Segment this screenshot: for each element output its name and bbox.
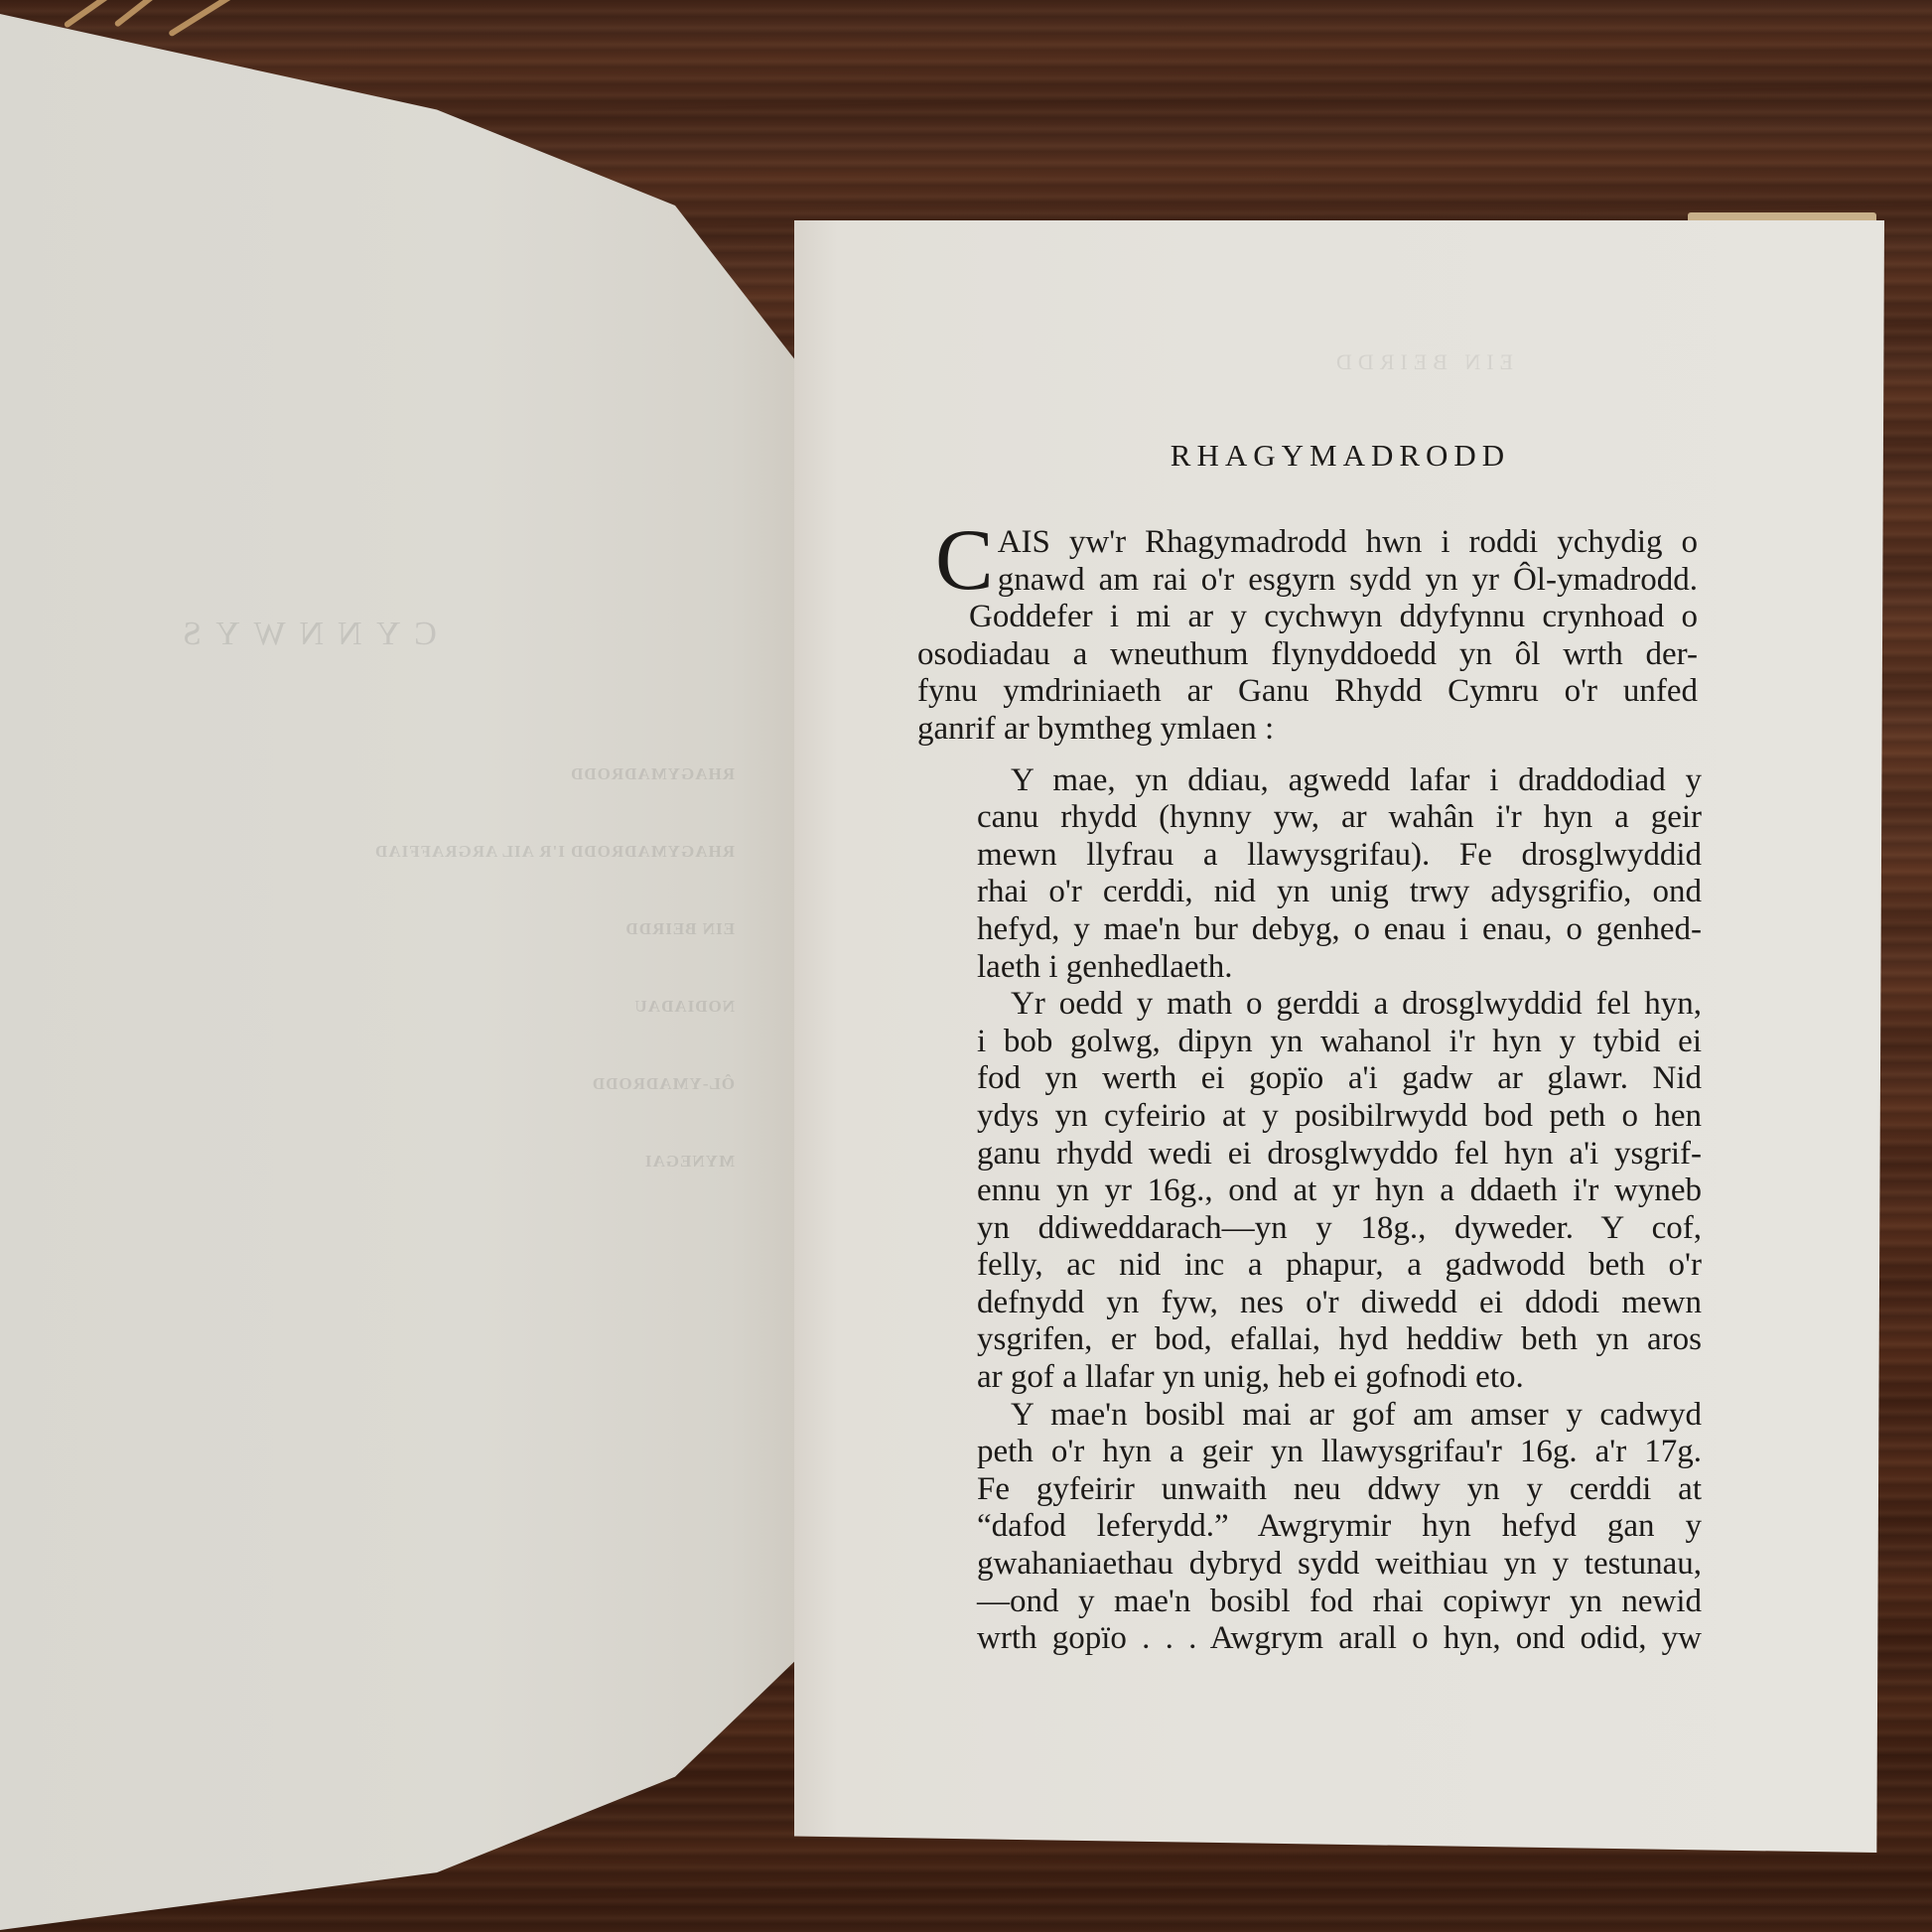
text-line: i bob golwg, dipyn yn wahanol i'r hyn y …	[977, 1024, 1702, 1061]
show-through-item: MYNEGAI	[89, 1152, 735, 1229]
text-line: laeth i genhedlaeth.	[977, 949, 1702, 987]
show-through-heading: CYNNWYS	[169, 616, 437, 653]
text-line: Fe gyfeirir unwaith neu ddwy yn y cerddi…	[977, 1471, 1702, 1509]
show-through-item: EIN BEIRDD	[89, 919, 735, 997]
text-line: fynu ymdriniaeth ar Ganu Rhydd Cymru o'r…	[917, 673, 1698, 711]
text-line: yn ddiweddarach—yn y 18g., dyweder. Y co…	[977, 1210, 1702, 1248]
show-through-item: ÔL-YMADRODD	[89, 1074, 735, 1152]
text-line: Yr oedd y math o gerddi a drosglwyddid f…	[977, 986, 1702, 1024]
text-line: ganrif ar bymtheg ymlaen :	[917, 711, 1698, 749]
text-line: canu rhydd (hynny yw, ar wahân i'r hyn a…	[977, 799, 1702, 837]
text-line: AIS yw'r Rhagymadrodd hwn i roddi ychydi…	[943, 524, 1698, 562]
quoted-paragraph: Yr oedd y math o gerddi a drosglwyddid f…	[977, 986, 1702, 1397]
text-line: osodiadau a wneuthum flynyddoedd yn ôl w…	[917, 636, 1698, 674]
page-text: RHAGYMADRODD C AIS yw'r Rhagymadrodd hwn…	[943, 435, 1698, 1658]
drop-cap: C	[935, 526, 994, 596]
text-line: ar gof a llafar yn unig, heb ei gofnodi …	[977, 1359, 1702, 1397]
text-line: felly, ac nid inc a phapur, a gadwodd be…	[977, 1247, 1702, 1285]
show-through-running-head: EIN BEIRDD	[1330, 349, 1513, 375]
straw-strand	[168, 0, 234, 37]
text-line: defnydd yn fyw, nes o'r diwedd ei ddodi …	[977, 1285, 1702, 1322]
text-line: ennu yn yr 16g., ond at yr hyn a ddaeth …	[977, 1173, 1702, 1210]
quoted-paragraph: Y mae, yn ddiau, agwedd lafar i draddodi…	[977, 762, 1702, 987]
text-line: gnawd am rai o'r esgyrn sydd yn yr Ôl-ym…	[943, 562, 1698, 600]
text-line: ydys yn cyfeirio at y posibilrwydd bod p…	[977, 1098, 1702, 1136]
text-line: “dafod leferydd.” Awgrymir hyn hefyd gan…	[977, 1508, 1702, 1546]
straw-strand	[64, 0, 116, 29]
straw-strand	[114, 0, 165, 28]
show-through-item: RHAGYMADRODD	[89, 764, 735, 842]
text-line: fod yn werth ei gopïo a'i gadw ar glawr.…	[977, 1060, 1702, 1098]
quoted-paragraph: Y mae'n bosibl mai ar gof am amser y cad…	[977, 1397, 1702, 1658]
opening-paragraph: C AIS yw'r Rhagymadrodd hwn i roddi ychy…	[943, 524, 1698, 749]
text-line: wrth gopïo . . . Awgrym arall o hyn, ond…	[977, 1620, 1702, 1658]
text-line: Y mae, yn ddiau, agwedd lafar i draddodi…	[977, 762, 1702, 800]
text-line: —ond y mae'n bosibl fod rhai copiwyr yn …	[977, 1584, 1702, 1621]
text-line: peth o'r hyn a geir yn llawysgrifau'r 16…	[977, 1434, 1702, 1471]
text-line: hefyd, y mae'n bur debyg, o enau i enau,…	[977, 911, 1702, 949]
text-line: gwahaniaethau dybryd sydd weithiau yn y …	[977, 1546, 1702, 1584]
text-line: ganu rhydd wedi ei drosglwyddo fel hyn a…	[977, 1136, 1702, 1173]
chapter-title: RHAGYMADRODD	[983, 437, 1698, 524]
text-line: rhai o'r cerddi, nid yn unig trwy adysgr…	[977, 874, 1702, 911]
text-line: mewn llyfrau a llawysgrifau). Fe drosglw…	[977, 837, 1702, 875]
text-line: Goddefer i mi ar y cychwyn ddyfynnu cryn…	[909, 599, 1698, 636]
show-through-contents: RHAGYMADRODD RHAGYMADRODD I'R AIL ARGRAF…	[89, 764, 735, 1229]
show-through-item: RHAGYMADRODD I'R AIL ARGRAFFIAD	[89, 842, 735, 919]
show-through-item: NODIADAU	[89, 997, 735, 1074]
text-line: Y mae'n bosibl mai ar gof am amser y cad…	[977, 1397, 1702, 1435]
text-line: ysgrifen, er bod, efallai, hyd heddiw be…	[977, 1321, 1702, 1359]
